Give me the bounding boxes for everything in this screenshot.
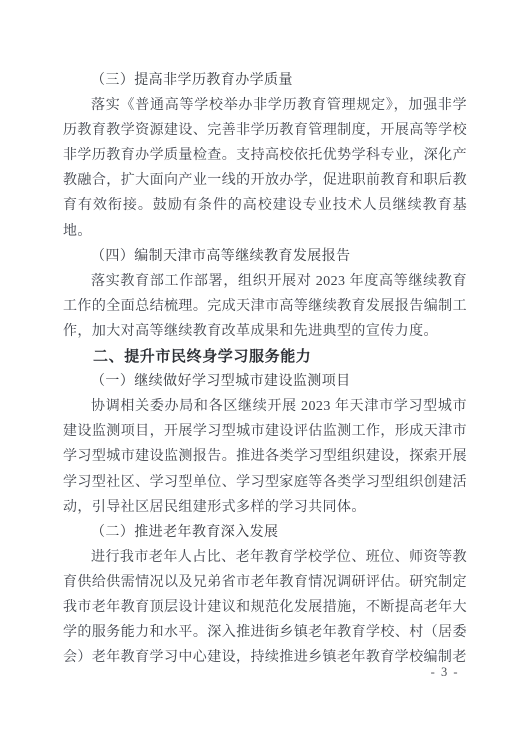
page-number: - 3 - [431,665,459,680]
section-subheading-4: （四）编制天津市高等继续教育发展报告 [63,244,467,269]
section-subheading-1: （一）继续做好学习型城市建设监测项目 [63,369,467,394]
section-subheading-2: （二）推进老年教育深入发展 [63,520,467,545]
body-paragraph: 协调相关委办局和各区继续开展 2023 年天津市学习型城市建设监测项目，开展学习… [63,394,467,519]
section-heading-2: 二、提升市民终身学习服务能力 [63,344,467,369]
body-paragraph: 落实《普通高等学校举办非学历教育管理规定》，加强非学历教育教学资源建设、完善非学… [63,93,467,244]
section-subheading-3: （三）提高非学历教育办学质量 [63,68,467,93]
document-page: （三）提高非学历教育办学质量 落实《普通高等学校举办非学历教育管理规定》，加强非… [0,0,529,747]
document-body: （三）提高非学历教育办学质量 落实《普通高等学校举办非学历教育管理规定》，加强非… [63,68,467,670]
body-paragraph: 落实教育部工作部署，组织开展对 2023 年度高等继续教育工作的全面总结梳理。完… [63,269,467,344]
body-paragraph: 进行我市老年人占比、老年教育学校学位、班位、师资等教育供给供需情况以及兄弟省市老… [63,545,467,670]
